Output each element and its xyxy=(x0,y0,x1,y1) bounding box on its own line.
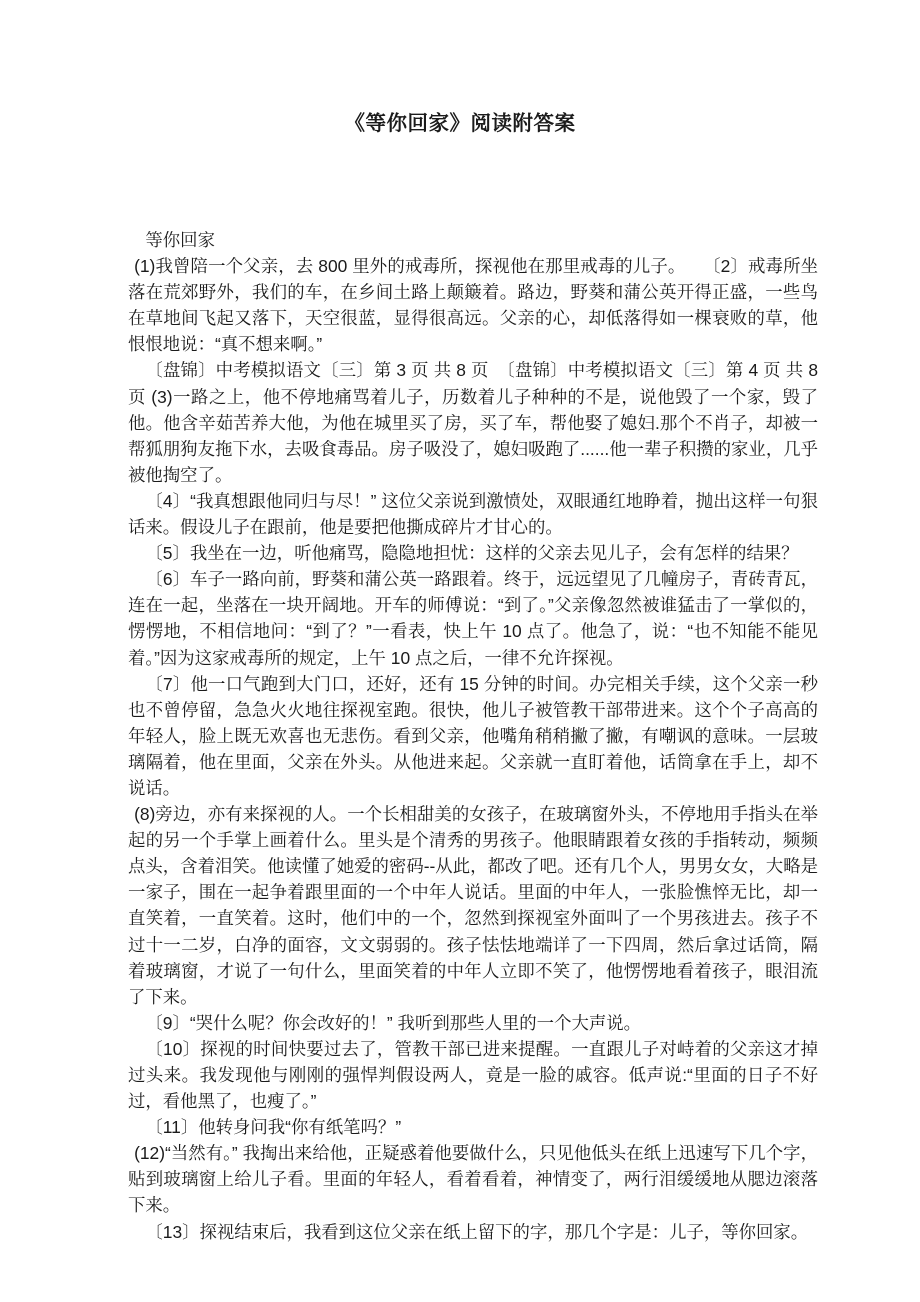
paragraph: 〔盘锦〕中考模拟语文〔三〕第 3 页 共 8 页 〔盘锦〕中考模拟语文〔三〕第 … xyxy=(128,357,818,487)
article-body: 等你回家 (1)我曾陪一个父亲，去 800 里外的戒毒所，探视他在那里戒毒的儿子… xyxy=(128,227,818,1245)
paragraph: 〔9〕“哭什么呢？你会改好的！” 我听到那些人里的一个大声说。 xyxy=(128,1010,818,1036)
paragraph: 〔7〕他一口气跑到大门口，还好，还有 15 分钟的时间。办完相关手续，这个父亲一… xyxy=(128,671,818,801)
paragraph: (12)“当然有。” 我掏出来给他，正疑惑着他要做什么，只见他低头在纸上迅速写下… xyxy=(128,1140,818,1218)
paragraph: 〔13〕探视结束后，我看到这位父亲在纸上留下的字，那几个字是：儿子，等你回家。 xyxy=(128,1219,818,1245)
document-page: 《等你回家》阅读附答案 等你回家 (1)我曾陪一个父亲，去 800 里外的戒毒所… xyxy=(0,0,920,1302)
document-title: 《等你回家》阅读附答案 xyxy=(0,0,920,137)
paragraph: 〔10〕探视的时间快要过去了，管教干部已进来提醒。一直跟儿子对峙着的父亲这才掉过… xyxy=(128,1036,818,1114)
paragraph: (8)旁边，亦有来探视的人。一个长相甜美的女孩子，在玻璃窗外头，不停地用手指头在… xyxy=(128,801,818,1010)
paragraph: (1)我曾陪一个父亲，去 800 里外的戒毒所，探视他在那里戒毒的儿子。 〔2〕… xyxy=(128,253,818,357)
paragraph: 〔5〕我坐在一边，听他痛骂，隐隐地担忧：这样的父亲去见儿子，会有怎样的结果？ xyxy=(128,540,818,566)
paragraph: 〔4〕“我真想跟他同归与尽！” 这位父亲说到激愤处，双眼通红地睁着，抛出这样一句… xyxy=(128,488,818,540)
paragraph: 〔6〕车子一路向前，野葵和蒲公英一路跟着。终于，远远望见了几幢房子，青砖青瓦，连… xyxy=(128,566,818,670)
paragraph: 〔11〕他转身问我“你有纸笔吗？” xyxy=(128,1114,818,1140)
article-heading: 等你回家 xyxy=(128,227,818,253)
